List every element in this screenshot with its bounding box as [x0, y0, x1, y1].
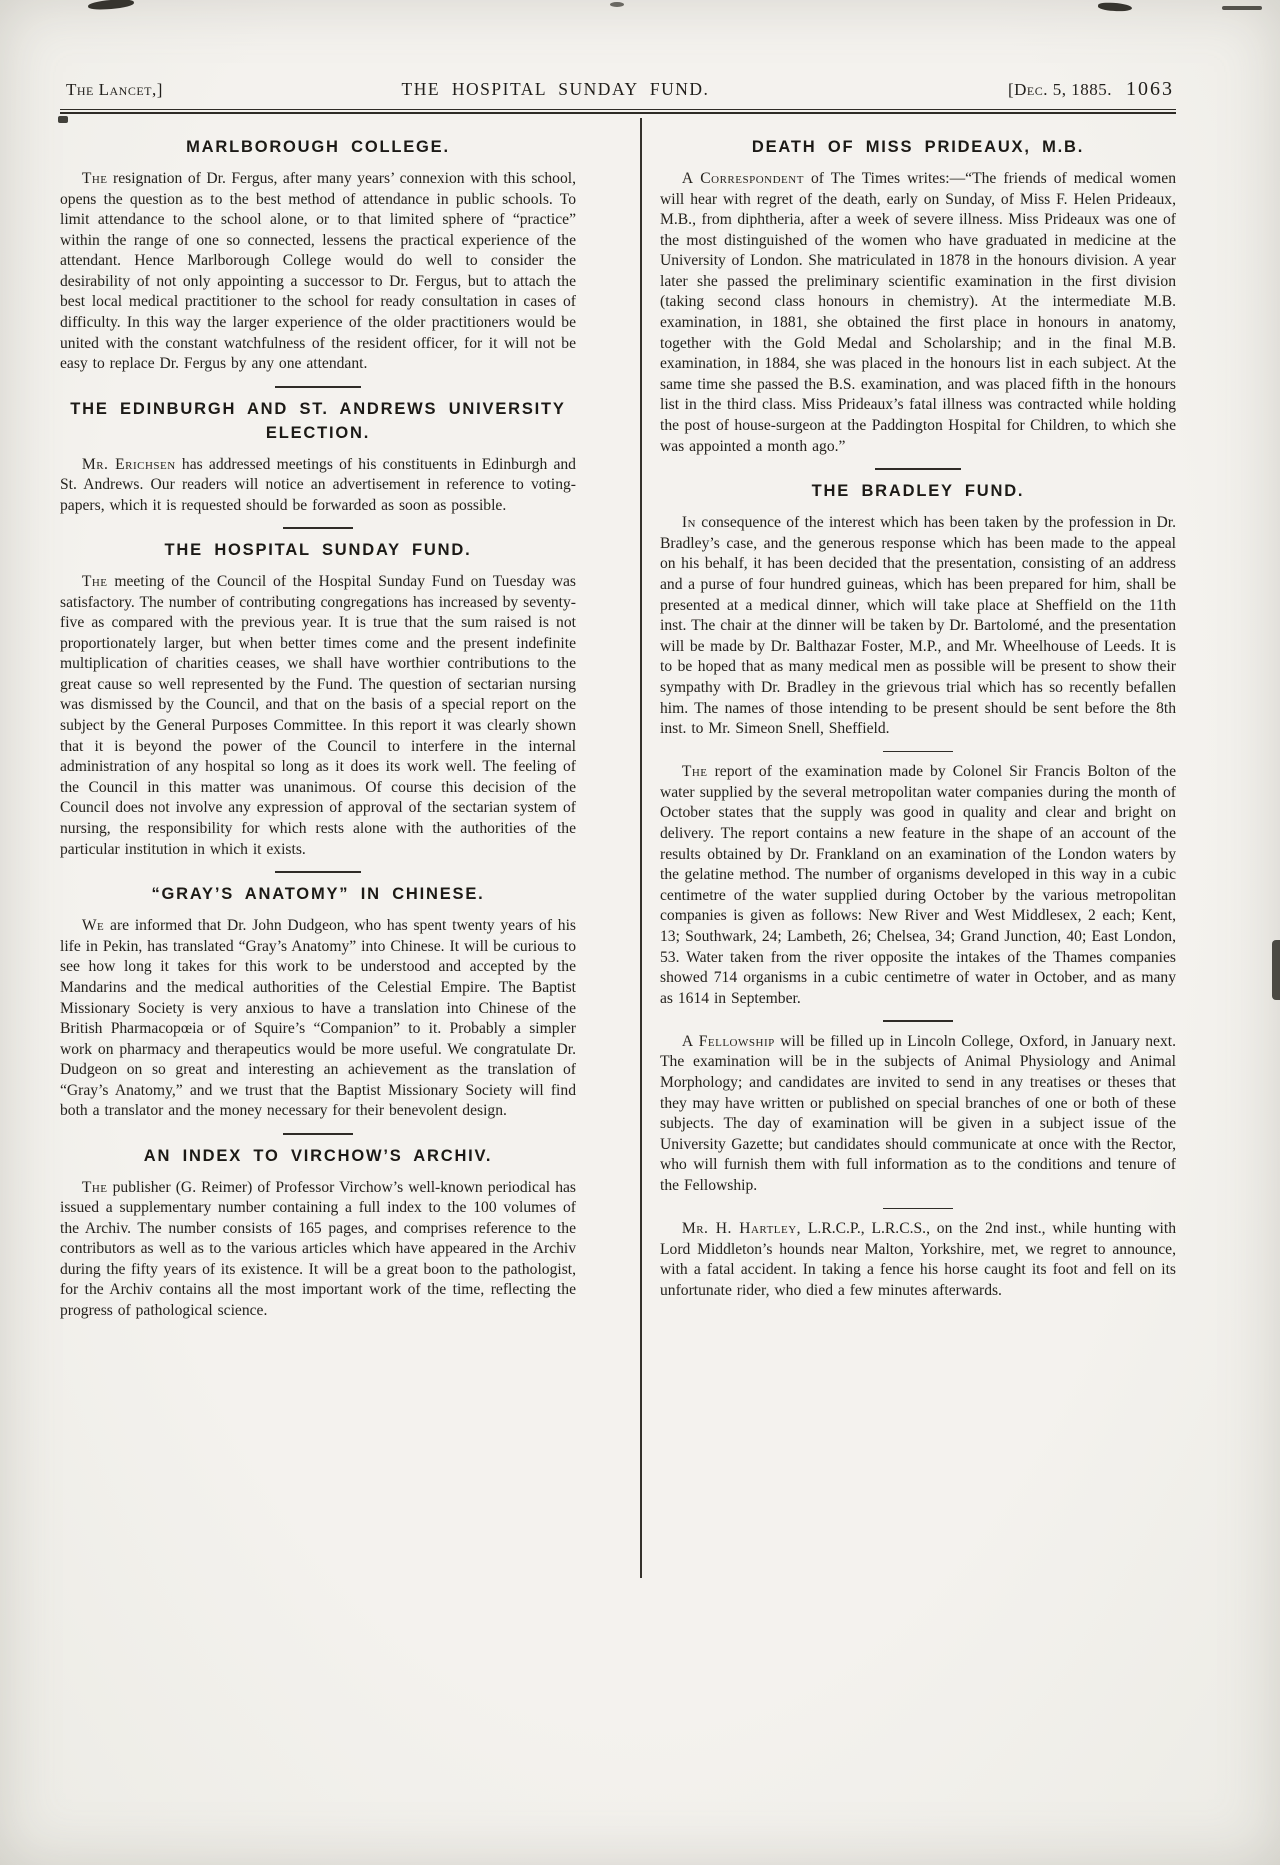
article-separator-rule: [883, 1208, 953, 1210]
issue-info: [Dec. 5, 1885. 1063: [1008, 78, 1174, 101]
article-heading: DEATH OF MISS PRIDEAUX, M.B.: [660, 136, 1176, 160]
article-separator-rule: [275, 386, 361, 388]
article-paragraph: The resignation of Dr. Fergus, after man…: [60, 169, 576, 375]
header-rule: [60, 109, 1176, 114]
lead-word: A Fellowship: [682, 1033, 775, 1050]
article-separator-rule: [883, 751, 953, 753]
page-content: The Lancet,] THE HOSPITAL SUNDAY FUND. […: [60, 78, 1176, 1708]
paragraph-text: consequence of the interest which has be…: [660, 514, 1176, 737]
scan-smudge: [1222, 6, 1262, 10]
article-heading: THE EDINBURGH AND ST. ANDREWS UNIVERSITY…: [60, 398, 576, 446]
article-edinburgh-st-andrews-election: THE EDINBURGH AND ST. ANDREWS UNIVERSITY…: [60, 398, 576, 517]
paragraph-text: are informed that Dr. John Dudgeon, who …: [60, 917, 576, 1119]
scan-smudge: [1098, 2, 1132, 12]
lead-word: We: [82, 917, 104, 934]
article-heading: THE BRADLEY FUND.: [660, 480, 1176, 504]
article-paragraph: The meeting of the Council of the Hospit…: [60, 572, 576, 860]
scanned-journal-page: The Lancet,] THE HOSPITAL SUNDAY FUND. […: [0, 0, 1280, 1865]
article-heading: THE HOSPITAL SUNDAY FUND.: [60, 539, 576, 563]
article-grays-anatomy-in-chinese: “GRAY’S ANATOMY” IN CHINESE. We are info…: [60, 883, 576, 1122]
article-bradley-fund: THE BRADLEY FUND. In consequence of the …: [660, 480, 1176, 739]
column-divider-rule: [640, 118, 642, 1578]
paragraph-text: report of the examination made by Colone…: [660, 763, 1176, 1007]
lead-word: Mr. Erichsen: [82, 456, 176, 473]
article-paragraph: The report of the examination made by Co…: [660, 762, 1176, 1009]
article-hospital-sunday-fund: THE HOSPITAL SUNDAY FUND. The meeting of…: [60, 539, 576, 860]
article-paragraph: The publisher (G. Reimer) of Professor V…: [60, 1178, 576, 1322]
article-death-of-miss-prideaux: DEATH OF MISS PRIDEAUX, M.B. A Correspon…: [660, 136, 1176, 457]
running-title: THE HOSPITAL SUNDAY FUND.: [402, 79, 710, 100]
scan-smudge: [610, 2, 624, 7]
article-marlborough-college: MARLBOROUGH COLLEGE. The resignation of …: [60, 136, 576, 375]
article-separator-rule: [283, 527, 353, 529]
scan-smudge: [1272, 940, 1280, 1000]
paragraph-text: publisher (G. Reimer) of Professor Virch…: [60, 1179, 576, 1320]
lead-word: The: [82, 1179, 108, 1196]
columns: MARLBOROUGH COLLEGE. The resignation of …: [60, 118, 1176, 1708]
scan-smudge: [88, 0, 135, 11]
article-paragraph: We are informed that Dr. John Dudgeon, w…: [60, 916, 576, 1122]
article-heading: “GRAY’S ANATOMY” IN CHINESE.: [60, 883, 576, 907]
note-hartley-fatal-accident: Mr. H. Hartley, L.R.C.P., L.R.C.S., on t…: [660, 1219, 1176, 1301]
article-separator-rule: [283, 1133, 353, 1135]
article-heading: MARLBOROUGH COLLEGE.: [60, 136, 576, 160]
article-paragraph: Mr. H. Hartley, L.R.C.P., L.R.C.S., on t…: [660, 1219, 1176, 1301]
lead-word: A Correspondent: [682, 170, 804, 187]
masthead: The Lancet,] THE HOSPITAL SUNDAY FUND. […: [60, 78, 1176, 109]
lead-word: The: [82, 573, 108, 590]
note-water-examination-report: The report of the examination made by Co…: [660, 762, 1176, 1009]
lead-word: In: [682, 514, 696, 531]
article-paragraph: A Correspondent of The Times writes:—“Th…: [660, 169, 1176, 457]
article-heading: AN INDEX TO VIRCHOW’S ARCHIV.: [60, 1145, 576, 1169]
article-paragraph: In consequence of the interest which has…: [660, 513, 1176, 740]
lead-word: Mr. H. Hartley,: [682, 1220, 801, 1237]
right-column: DEATH OF MISS PRIDEAUX, M.B. A Correspon…: [660, 126, 1176, 1708]
paragraph-text: will be filled up in Lincoln College, Ox…: [660, 1033, 1176, 1194]
paragraph-text: resignation of Dr. Fergus, after many ye…: [60, 170, 576, 372]
issue-date: [Dec. 5, 1885.: [1008, 80, 1112, 100]
article-paragraph: A Fellowship will be filled up in Lincol…: [660, 1032, 1176, 1197]
paragraph-text: of The Times writes:—“The friends of med…: [660, 170, 1176, 455]
paragraph-text: meeting of the Council of the Hospital S…: [60, 573, 576, 858]
note-lincoln-college-fellowship: A Fellowship will be filled up in Lincol…: [660, 1032, 1176, 1197]
article-separator-rule: [875, 468, 961, 470]
article-separator-rule: [275, 871, 361, 873]
lead-word: The: [682, 763, 708, 780]
article-paragraph: Mr. Erichsen has addressed meetings of h…: [60, 455, 576, 517]
left-column: MARLBOROUGH COLLEGE. The resignation of …: [60, 126, 576, 1708]
journal-name: The Lancet,]: [66, 80, 163, 100]
article-index-virchows-archiv: AN INDEX TO VIRCHOW’S ARCHIV. The publis…: [60, 1145, 576, 1322]
article-separator-rule: [883, 1020, 953, 1022]
page-number: 1063: [1126, 78, 1174, 101]
lead-word: The: [82, 170, 108, 187]
